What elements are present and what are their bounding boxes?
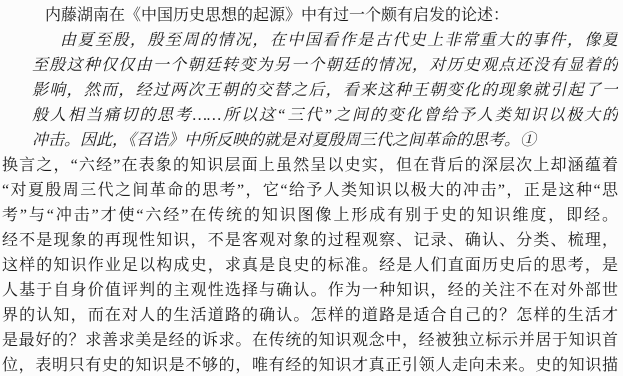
body-line: 人基于自身价值评判的主观性选择与确认。作为一种知识，经的关注不在对外部世: [2, 278, 618, 303]
body-paragraph: 换言之，“六经”在表象的知识层面上虽然呈以史实，但在背后的深层次上却涵蕴着 “对…: [2, 153, 618, 376]
body-line: 这样的知识作业足以构成史，求真是良史的标准。经是人们直面历史后的思考，是: [2, 253, 618, 278]
body-line: “对夏殷周三代之间革命的思考”，它“给予人类知识以极大的冲击”，正是这种“思: [2, 178, 618, 203]
body-line: 界的认知，而在对人的生活道路的确认。怎样的道路是适合自己的？怎样的生活才: [2, 303, 618, 328]
block-quote: 由夏至殷，殷至周的情况，在中国看作是古代史上非常重大的事件，像夏 至殷这种仅仅由…: [32, 28, 618, 153]
quote-line: 由夏至殷，殷至周的情况，在中国看作是古代史上非常重大的事件，像夏: [32, 28, 618, 53]
body-line: 经不是现象的再现性知识，不是客观对象的过程观察、记录、确认、分类、梳理，: [2, 228, 618, 253]
body-line: 位，表明只有史的知识是不够的，唯有经的知识才真正引领人走向未来。史的知识描: [2, 353, 618, 376]
body-line: 考”与“冲击”才使“六经”在传统的知识图像上形成有别于史的知识维度，即经。: [2, 203, 618, 228]
quote-line: 至殷这种仅仅由一个朝廷转变为另一个朝廷的情况，对历史观点还没有显着的: [32, 53, 618, 78]
body-line: 是最好的？求善求美是经的诉求。在传统的知识观念中，经被独立标示并居于知识首: [2, 328, 618, 353]
quote-line: 般人相当痛切的思考……所以这“三代”之间的变化曾给予人类知识以极大的: [32, 103, 618, 128]
body-line: 换言之，“六经”在表象的知识层面上虽然呈以史实，但在背后的深层次上却涵蕴着: [2, 153, 618, 178]
scanned-book-page: 内藤湖南在《中国历史思想的起源》中有过一个颇有启发的论述： 由夏至殷，殷至周的情…: [0, 0, 623, 376]
quote-line-with-footnote-marker: 冲击。因此，《召诰》中所反映的就是对夏殷周三代之间革命的思考。①: [32, 128, 618, 153]
intro-paragraph-line: 内藤湖南在《中国历史思想的起源》中有过一个颇有启发的论述：: [2, 3, 618, 28]
quote-line: 影响，然而，经过两次王朝的交替之后，看来这种王朝变化的现象就引起了一: [32, 78, 618, 103]
